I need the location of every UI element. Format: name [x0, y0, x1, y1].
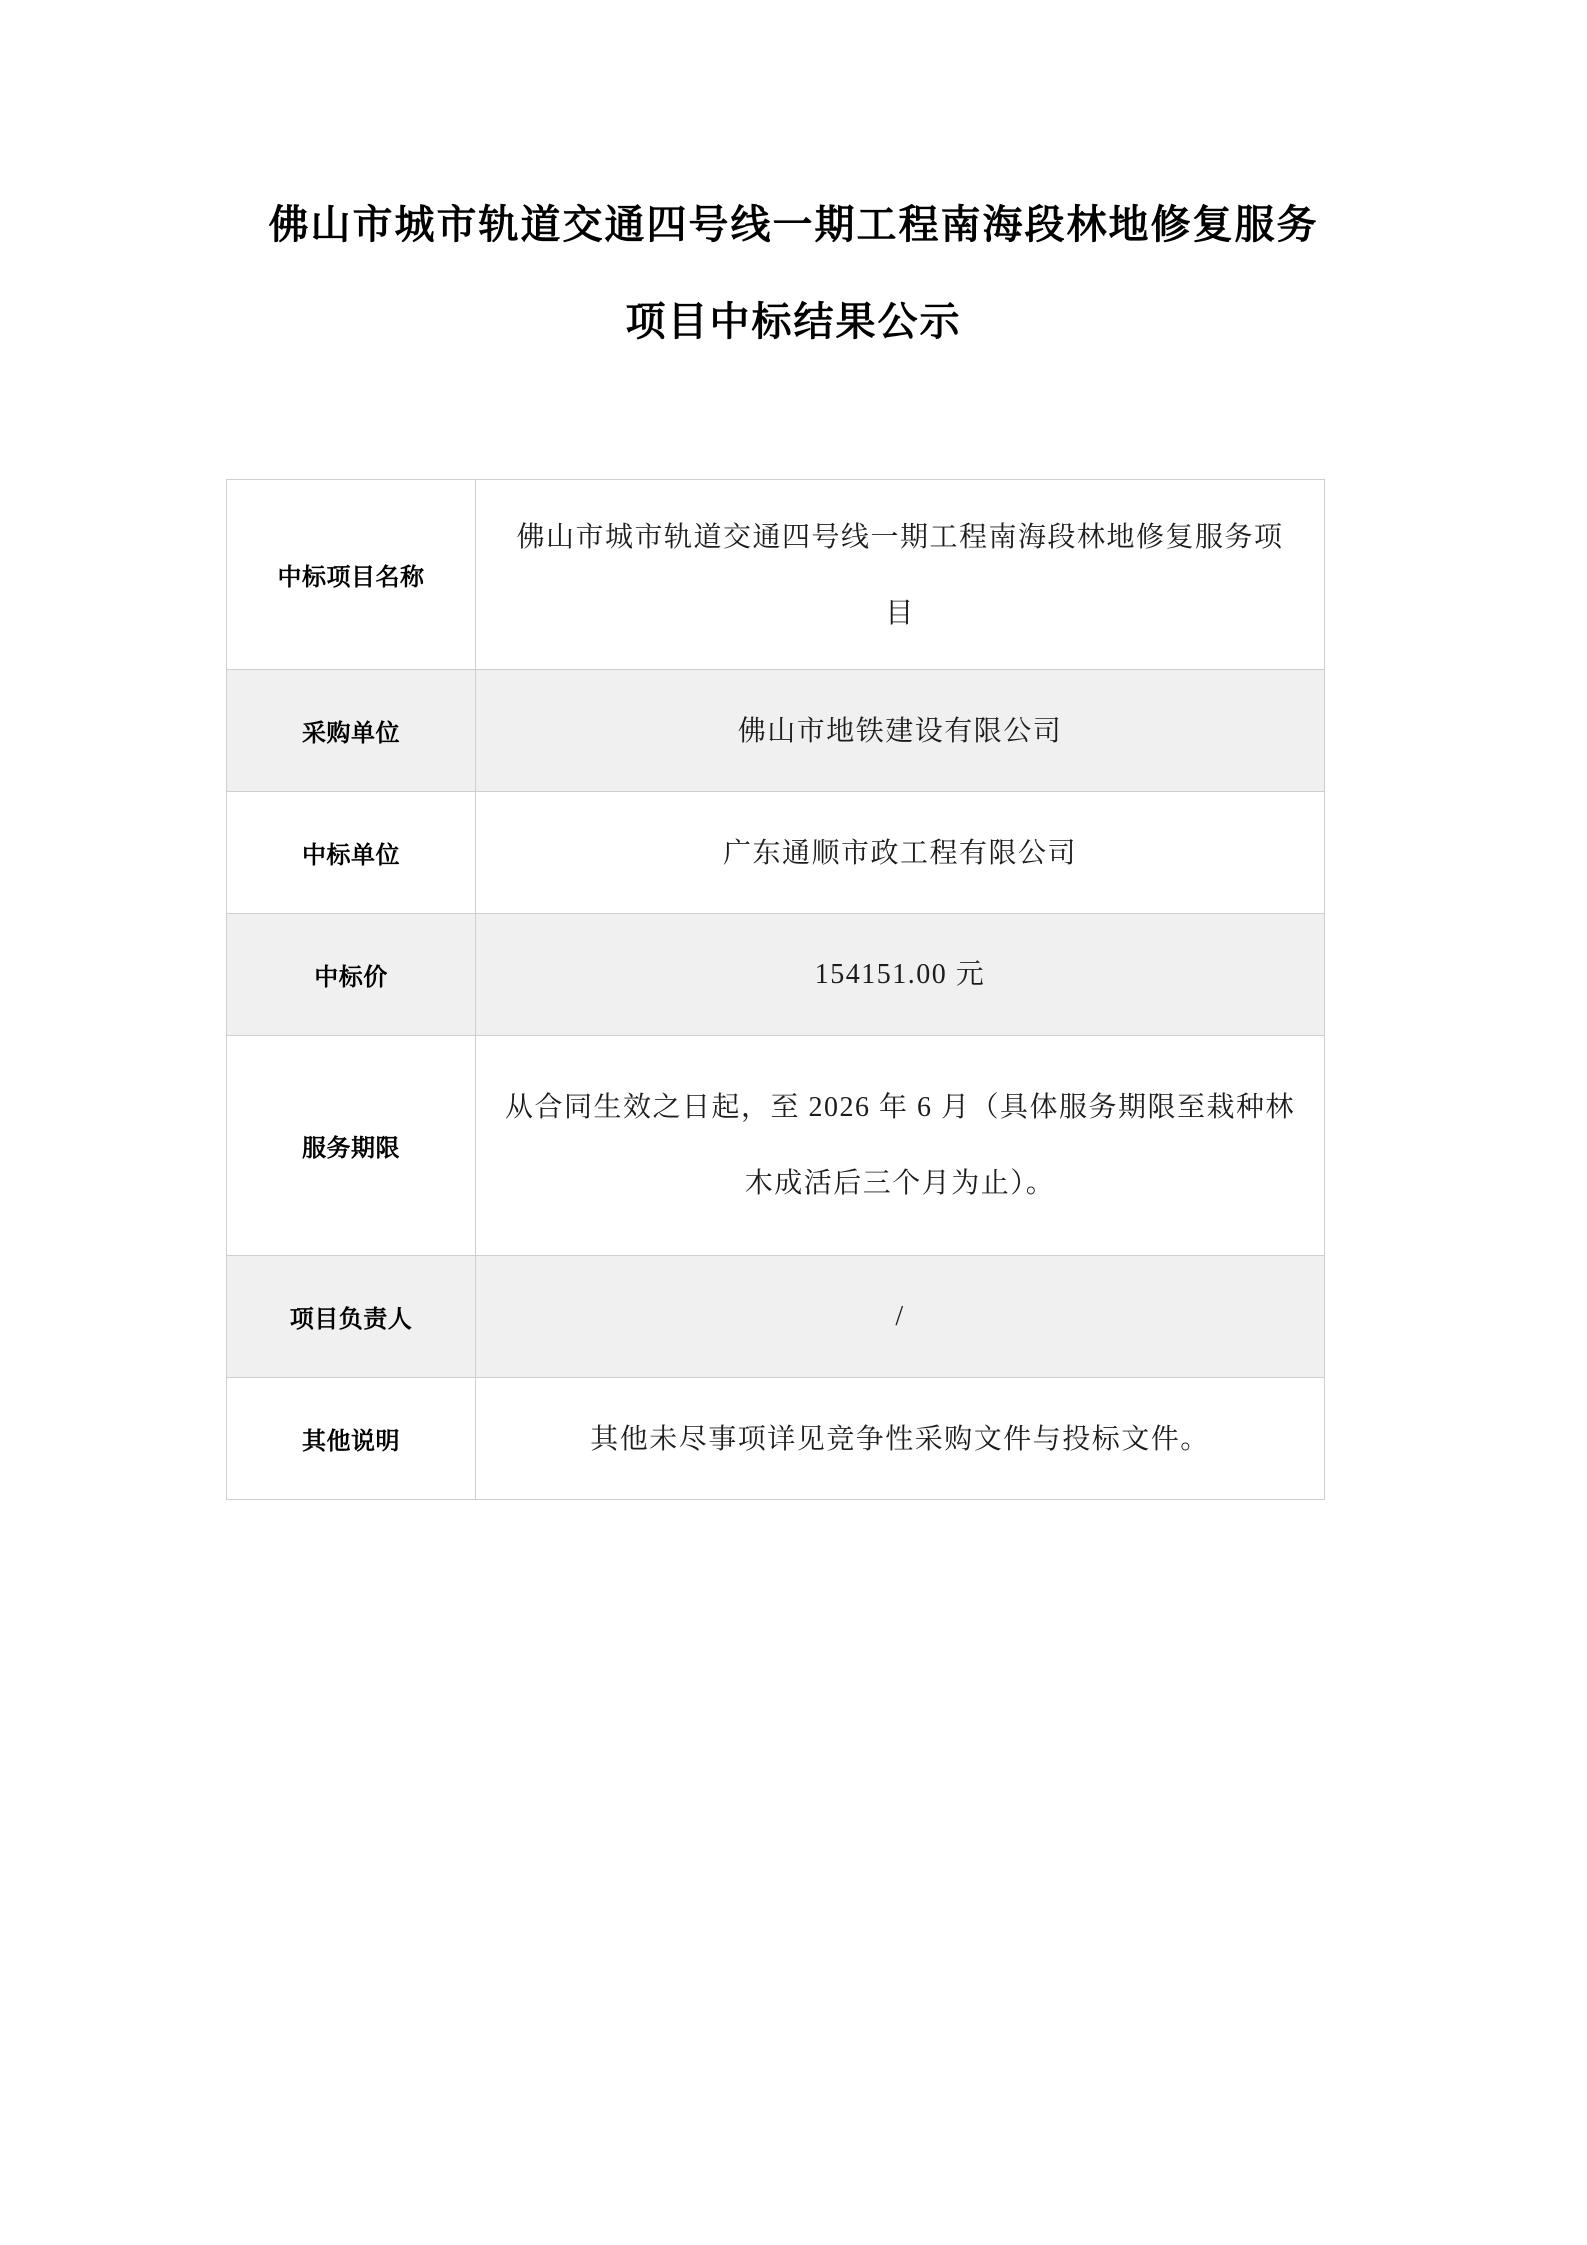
row-label: 采购单位	[227, 670, 476, 792]
row-label: 其他说明	[227, 1378, 476, 1500]
document-title-line-1: 佛山市城市轨道交通四号线一期工程南海段林地修复服务	[0, 176, 1587, 273]
table-row: 采购单位 佛山市地铁建设有限公司	[227, 670, 1325, 792]
row-label: 项目负责人	[227, 1256, 476, 1378]
table-row: 服务期限 从合同生效之日起，至 2026 年 6 月（具体服务期限至栽种林木成活…	[227, 1036, 1325, 1256]
row-label: 中标单位	[227, 792, 476, 914]
bid-result-table: 中标项目名称 佛山市城市轨道交通四号线一期工程南海段林地修复服务项目 采购单位 …	[226, 479, 1325, 1500]
row-label: 中标价	[227, 914, 476, 1036]
row-value: 广东通顺市政工程有限公司	[476, 792, 1325, 914]
table-row: 项目负责人 /	[227, 1256, 1325, 1378]
row-value: 其他未尽事项详见竞争性采购文件与投标文件。	[476, 1378, 1325, 1500]
row-label: 中标项目名称	[227, 480, 476, 670]
table-row: 其他说明 其他未尽事项详见竞争性采购文件与投标文件。	[227, 1378, 1325, 1500]
table-row: 中标项目名称 佛山市城市轨道交通四号线一期工程南海段林地修复服务项目	[227, 480, 1325, 670]
row-value: 从合同生效之日起，至 2026 年 6 月（具体服务期限至栽种林木成活后三个月为…	[476, 1036, 1325, 1256]
row-value: /	[476, 1256, 1325, 1378]
row-label: 服务期限	[227, 1036, 476, 1256]
row-value: 154151.00 元	[476, 914, 1325, 1036]
document-title-line-2: 项目中标结果公示	[0, 273, 1587, 370]
row-value: 佛山市地铁建设有限公司	[476, 670, 1325, 792]
table-row: 中标单位 广东通顺市政工程有限公司	[227, 792, 1325, 914]
row-value: 佛山市城市轨道交通四号线一期工程南海段林地修复服务项目	[476, 480, 1325, 670]
table-row: 中标价 154151.00 元	[227, 914, 1325, 1036]
document-title: 佛山市城市轨道交通四号线一期工程南海段林地修复服务 项目中标结果公示	[0, 0, 1587, 370]
